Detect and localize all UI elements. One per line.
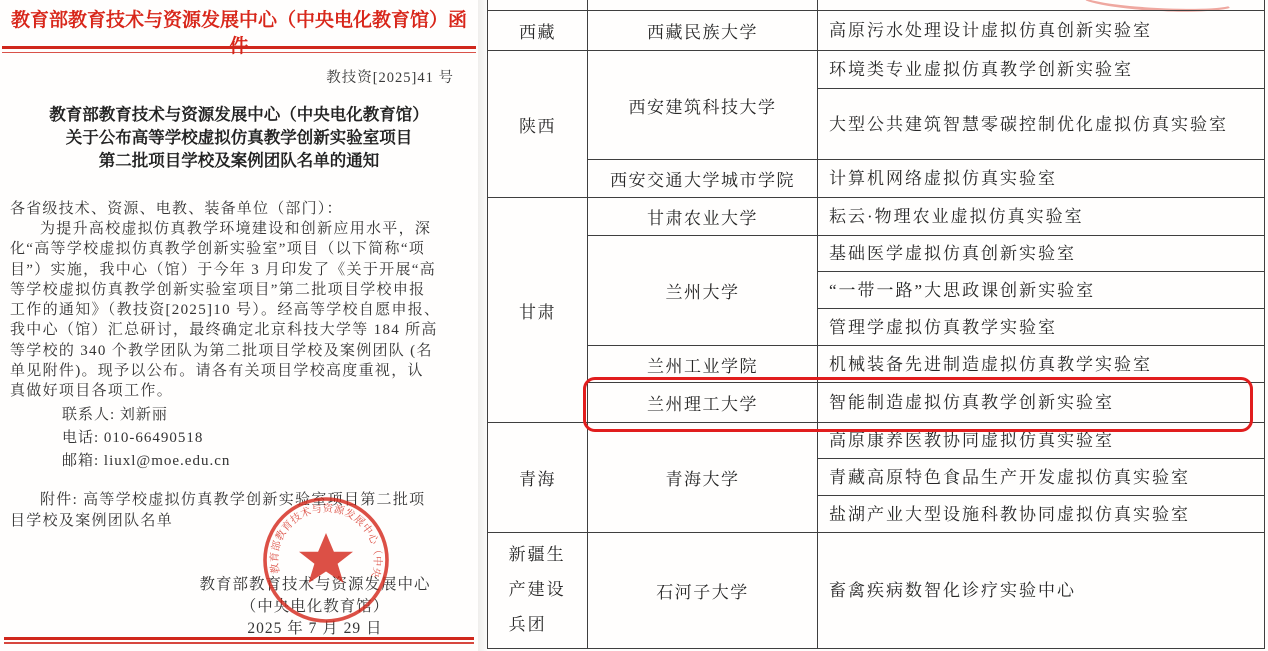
project-table: 西藏 西藏民族大学 高原污水处理设计虚拟仿真创新实验室 陕西 西安建筑科技大学 …: [487, 0, 1265, 649]
university-cell: 西安交通大学城市学院: [588, 160, 818, 198]
page-bottom-rule: [4, 637, 474, 644]
table-row: 西藏 西藏民族大学 高原污水处理设计虚拟仿真创新实验室: [488, 11, 1265, 51]
university-cell: 石河子大学: [588, 533, 818, 649]
lab-cell: 高原污水处理设计虚拟仿真创新实验室: [818, 11, 1265, 51]
lab-cell: 智能制造虚拟仿真教学创新实验室: [818, 383, 1265, 423]
contact-block: 联系人: 刘新丽 电话: 010-66490518 邮箱: liuxl@moe.…: [62, 404, 230, 472]
lab-cell: “一带一路”大思政课创新实验室: [818, 272, 1265, 309]
university-cell: 甘肃农业大学: [588, 198, 818, 236]
table-row: 兰州工业学院 机械装备先进制造虚拟仿真教学实验室: [488, 346, 1265, 383]
lab-cell: 管理学虚拟仿真教学实验室: [818, 309, 1265, 346]
table-row: 新疆生产建设兵团 石河子大学 畜禽疾病数智化诊疗实验中心: [488, 533, 1265, 649]
official-stamp: 教育部教育技术与资源发展中心（中央电化教育馆）: [258, 492, 394, 628]
contact-person: 联系人: 刘新丽: [62, 404, 230, 427]
table-row: 西安交通大学城市学院 计算机网络虚拟仿真实验室: [488, 160, 1265, 198]
attachment-line: 附件: 高等学校虚拟仿真教学创新实验室项目第二批项: [10, 490, 472, 511]
university-cell: 兰州理工大学: [588, 383, 818, 423]
body-line: 等学校的 340 个教学团队为第二批项目学校及案例团队 (名: [10, 341, 472, 361]
letter-title: 教育部教育技术与资源发展中心（中央电化教育馆） 关于公布高等学校虚拟仿真教学创新…: [0, 103, 478, 172]
body-line: 我中心（馆）汇总研讨，最终确定北京科技大学等 184 所高: [10, 320, 472, 340]
university-cell: 西安建筑科技大学: [588, 51, 818, 160]
lab-cell: 盐湖产业大型设施科教协同虚拟仿真实验室: [818, 496, 1265, 533]
contact-email: 邮箱: liuxl@moe.edu.cn: [62, 450, 230, 473]
body-line: 等学校虚拟仿真教学创新实验室项目”第二批项目学校申报: [10, 280, 472, 300]
lab-cell: 机械装备先进制造虚拟仿真教学实验室: [818, 346, 1265, 383]
province-cell: 甘肃: [488, 198, 588, 423]
table-row: 甘肃 甘肃农业大学 耘云·物理农业虚拟仿真实验室: [488, 198, 1265, 236]
lab-cell: 畜禽疾病数智化诊疗实验中心: [818, 533, 1265, 649]
table-row-highlighted: 兰州理工大学 智能制造虚拟仿真教学创新实验室: [488, 383, 1265, 423]
letter-title-line: 关于公布高等学校虚拟仿真教学创新实验室项目: [0, 126, 478, 149]
letter-body: 为提升高校虚拟仿真教学环境建设和创新应用水平，深 化“高等学校虚拟仿真教学创新实…: [10, 219, 472, 402]
masthead-divider: [2, 46, 476, 53]
star-icon: [299, 533, 353, 583]
university-cell: 青海大学: [588, 423, 818, 533]
body-line: 化“高等学校虚拟仿真教学创新实验室”项目（以下简称“项: [10, 239, 472, 259]
lab-cell: 大型公共建筑智慧零碳控制优化虚拟仿真实验室: [818, 89, 1265, 160]
university-cell: 兰州工业学院: [588, 346, 818, 383]
lab-cell: 环境类专业虚拟仿真教学创新实验室: [818, 51, 1265, 89]
province-cell: 新疆生产建设兵团: [488, 533, 588, 649]
lab-cell: 青藏高原特色食品生产开发虚拟仿真实验室: [818, 459, 1265, 496]
body-line: 工作的通知》（教技资[2025]10 号）。经高等学校自愿申报、: [10, 300, 472, 320]
table-cutoff-row: [488, 0, 1265, 11]
lab-cell: 耘云·物理农业虚拟仿真实验室: [818, 198, 1265, 236]
official-letter-page: 教育部教育技术与资源发展中心（中央电化教育馆）函件 教技资[2025]41 号 …: [0, 0, 478, 651]
contact-phone: 电话: 010-66490518: [62, 427, 230, 450]
lab-cell: 计算机网络虚拟仿真实验室: [818, 160, 1265, 198]
letter-title-line: 第二批项目学校及案例团队名单的通知: [0, 149, 478, 172]
body-line: 单见附件)。现予以公布。请各有关项目学校高度重视，认: [10, 361, 472, 381]
page-divider: [478, 0, 487, 651]
university-cell: 兰州大学: [588, 236, 818, 346]
body-line: 为提升高校虚拟仿真教学环境建设和创新应用水平，深: [10, 219, 472, 239]
project-table-page: 西藏 西藏民族大学 高原污水处理设计虚拟仿真创新实验室 陕西 西安建筑科技大学 …: [487, 0, 1268, 651]
attachment-line: 目学校及案例团队名单: [10, 511, 472, 532]
lab-cell: 高原康养医教协同虚拟仿真实验室: [818, 423, 1265, 459]
table-row: 青海 青海大学 高原康养医教协同虚拟仿真实验室: [488, 423, 1265, 459]
attachment-note: 附件: 高等学校虚拟仿真教学创新实验室项目第二批项 目学校及案例团队名单: [10, 490, 472, 532]
province-cell: 陕西: [488, 51, 588, 198]
province-label: 新疆生产建设兵团: [509, 538, 567, 643]
table-row: 兰州大学 基础医学虚拟仿真创新实验室: [488, 236, 1265, 272]
province-cell: 青海: [488, 423, 588, 533]
table-row: 陕西 西安建筑科技大学 环境类专业虚拟仿真教学创新实验室: [488, 51, 1265, 89]
letter-title-line: 教育部教育技术与资源发展中心（中央电化教育馆）: [0, 103, 478, 126]
document-number: 教技资[2025]41 号: [326, 66, 454, 87]
body-line: 目”）实施，我中心（馆）于今年 3 月印发了《关于开展“高: [10, 260, 472, 280]
body-line: 真做好项目各项工作。: [10, 381, 472, 401]
lab-cell: 基础医学虚拟仿真创新实验室: [818, 236, 1265, 272]
university-cell: 西藏民族大学: [588, 11, 818, 51]
letter-salutation: 各省级技术、资源、电教、装备单位（部门）：: [10, 197, 343, 218]
province-cell: 西藏: [488, 11, 588, 51]
